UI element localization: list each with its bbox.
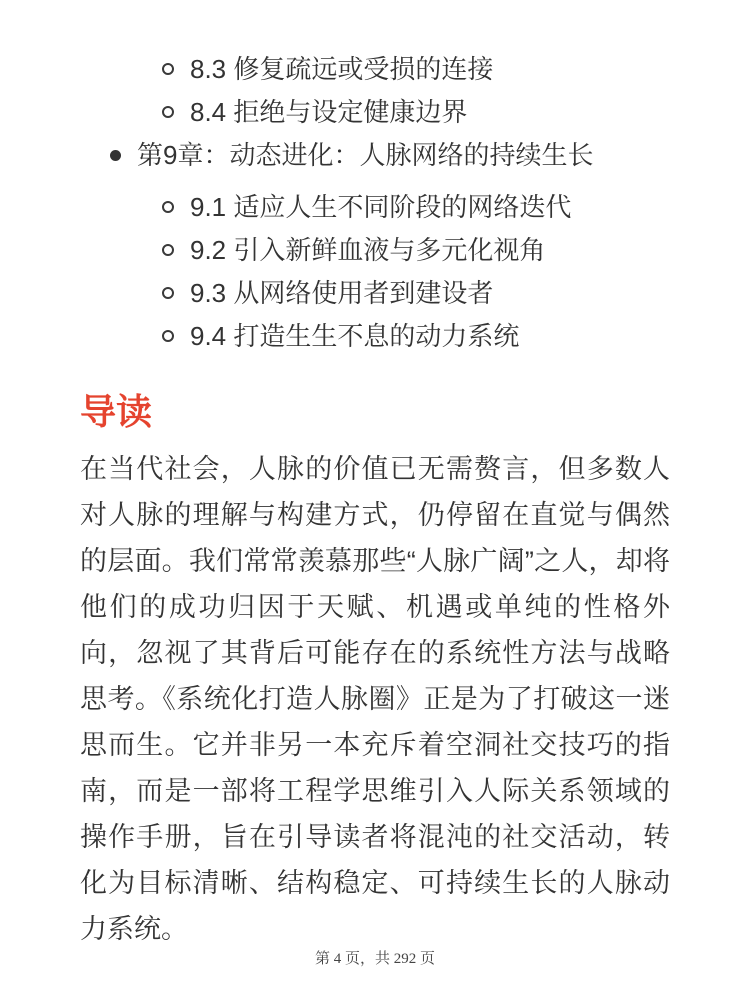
toc-item: 9.1 适应人生不同阶段的网络迭代 (80, 194, 670, 220)
toc-item-chapter: 第9章：动态进化：人脉网络的持续生长 (80, 142, 670, 168)
page-footer: 第 4 页，共 292 页 (0, 947, 750, 968)
circle-bullet-icon (162, 63, 174, 75)
toc-item-label: 9.2 引入新鲜血液与多元化视角 (190, 237, 545, 263)
toc-item: 8.3 修复疏远或受损的连接 (80, 56, 670, 82)
disc-bullet-icon (110, 150, 121, 161)
toc-list: 8.3 修复疏远或受损的连接 8.4 拒绝与设定健康边界 第9章：动态进化：人脉… (80, 56, 670, 349)
intro-paragraph: 在当代社会，人脉的价值已无需赘言，但多数人对人脉的理解与构建方式，仍停留在直觉与… (80, 446, 670, 952)
toc-item: 9.4 打造生生不息的动力系统 (80, 323, 670, 349)
circle-bullet-icon (162, 287, 174, 299)
toc-item: 9.3 从网络使用者到建设者 (80, 280, 670, 306)
page-indicator: 第 4 页，共 292 页 (315, 951, 435, 967)
toc-item-label: 8.3 修复疏远或受损的连接 (190, 56, 493, 82)
document-page: 8.3 修复疏远或受损的连接 8.4 拒绝与设定健康边界 第9章：动态进化：人脉… (0, 0, 750, 1000)
circle-bullet-icon (162, 244, 174, 256)
toc-item-label: 9.4 打造生生不息的动力系统 (190, 323, 519, 349)
circle-bullet-icon (162, 106, 174, 118)
circle-bullet-icon (162, 330, 174, 342)
toc-item-label: 9.3 从网络使用者到建设者 (190, 280, 493, 306)
toc-item-label: 第9章：动态进化：人脉网络的持续生长 (137, 142, 593, 168)
circle-bullet-icon (162, 201, 174, 213)
toc-item: 9.2 引入新鲜血液与多元化视角 (80, 237, 670, 263)
toc-item: 8.4 拒绝与设定健康边界 (80, 99, 670, 125)
toc-item-label: 8.4 拒绝与设定健康边界 (190, 99, 467, 125)
toc-item-label: 9.1 适应人生不同阶段的网络迭代 (190, 194, 571, 220)
section-heading: 导读 (80, 391, 670, 432)
